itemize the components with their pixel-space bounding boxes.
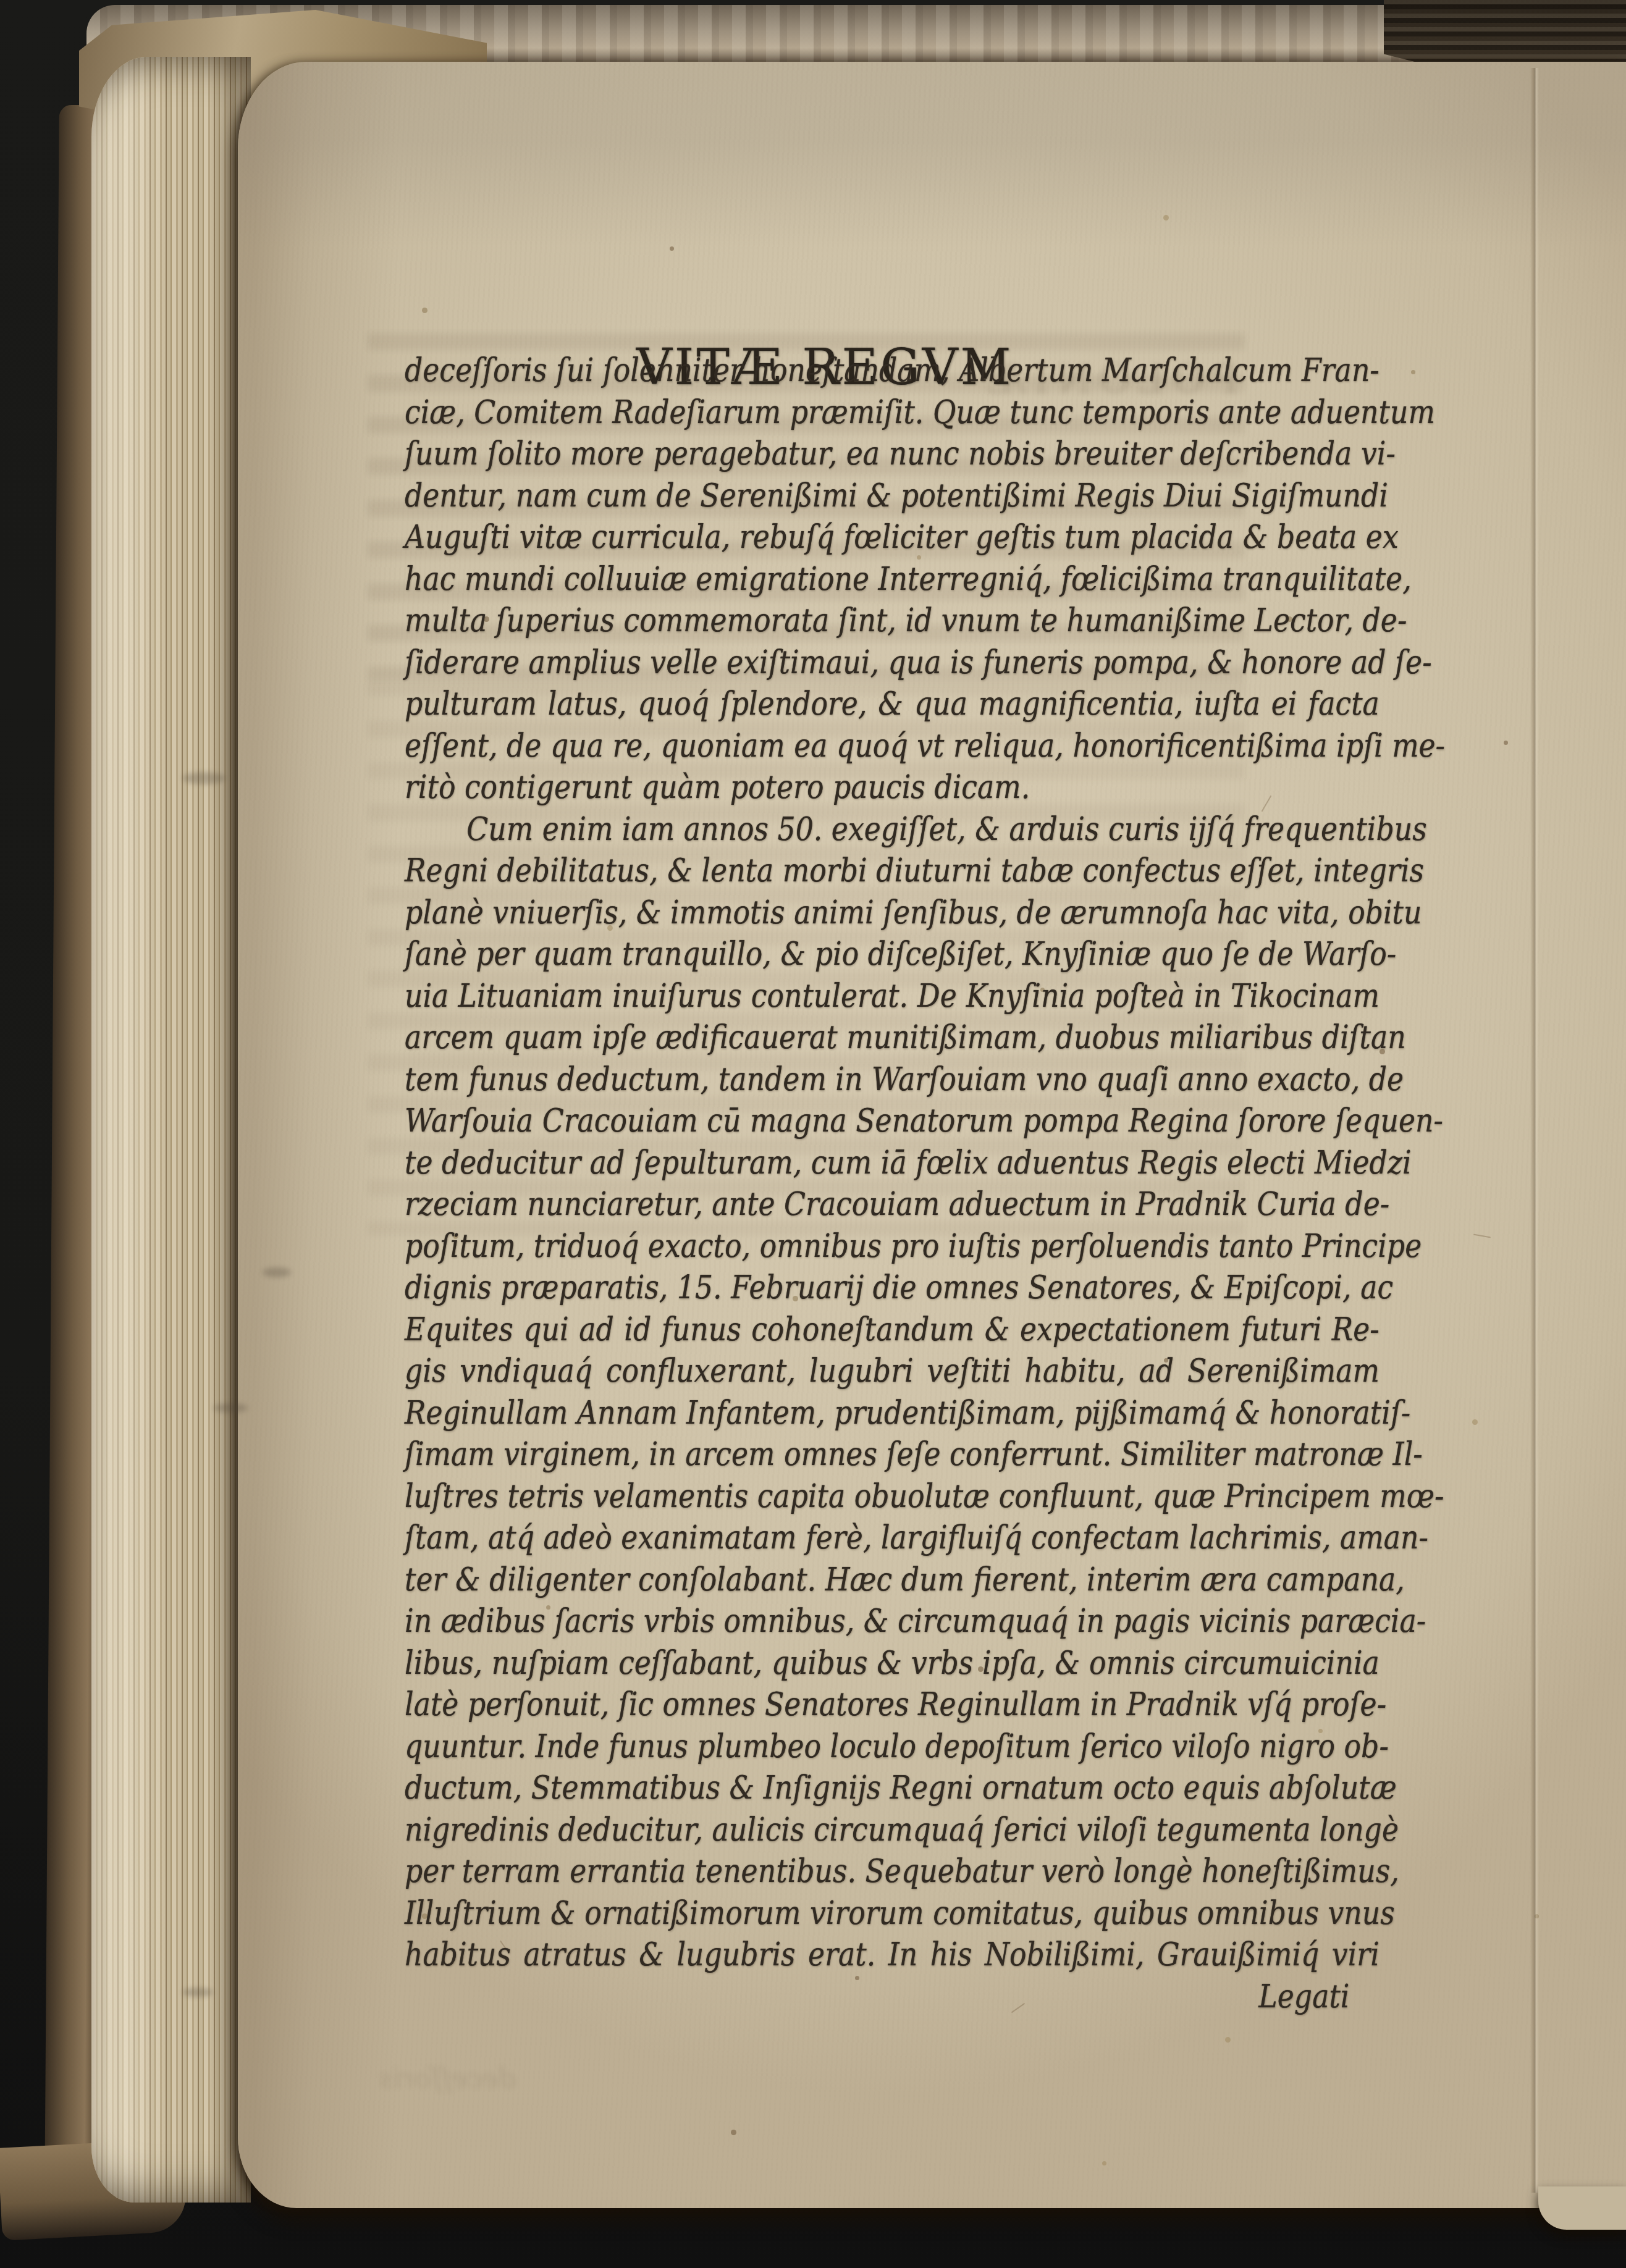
text-line: gis vndiquaq́ confluxerant, lugubri veſt… [405,1351,1380,1393]
text-line: luſtres tetris velamentis capita obuolut… [405,1476,1380,1518]
text-line: ductum, Stemmatibus & Inſignijs Regni or… [405,1768,1380,1810]
text-line: Illuſtrium & ornatißimorum virorum comit… [405,1893,1380,1935]
text-line: poſitum, triduoq́ exacto, omnibus pro iu… [405,1226,1380,1268]
text-line: ter & diligenter conſolabant. Hæc dum fi… [405,1560,1380,1602]
text-line: habitus atratus & lugubris erat. In his … [405,1934,1380,1976]
text-line: rzeciam nunciaretur, ante Cracouiam adue… [405,1184,1380,1226]
text-line: pulturam latus, quoq́ ſplendore, & qua m… [405,684,1380,726]
text-line: Auguſti vitæ curricula, rebuſq́ fœlicite… [405,517,1380,559]
body-text: deceſſoris ſui ſolenniter honeſtandam, A… [405,350,1512,2018]
book-scan: VITÆ REGVM POLONIÆ deceſſoris deceſſoris… [0,0,1626,2268]
text-line: Warſouia Cracouiam cū magna Senatorum po… [405,1101,1380,1143]
text-line: te deducitur ad ſepulturam, cum iā fœlix… [405,1143,1380,1185]
text-line: ciæ, Comitem Radeſiarum præmiſit. Quæ tu… [405,392,1380,434]
text-line: Equites qui ad id funus cohoneſtandum & … [405,1309,1380,1351]
text-line: quuntur. Inde funus plumbeo loculo depoſ… [405,1726,1380,1768]
text-line: Regni debilitatus, & lenta morbi diuturn… [405,850,1380,892]
text-line: Cum enim iam annos 50. exegiſſet, & ardu… [405,809,1380,851]
book-page: VITÆ REGVM POLONIÆ deceſſoris deceſſoris… [238,62,1626,2208]
text-line: nigredinis deducitur, aulicis circumquaq… [405,1810,1380,1852]
text-line: per terram errantia tenentibus. Sequebat… [405,1851,1380,1893]
text-line: ſiderare amplius velle exiſtimaui, qua i… [405,642,1380,684]
text-line: multa ſuperius commemorata ſint, id vnum… [405,600,1380,642]
text-line: Reginullam Annam Infantem, prudentißimam… [405,1393,1380,1435]
paper-speckles [238,62,241,65]
text-line: tem funus deductum, tandem in Warſouiam … [405,1059,1380,1101]
text-line: planè vniuerſis, & immotis animi ſenſibu… [405,892,1380,934]
margin-smudge [182,772,225,784]
text-line: dentur, nam cum de Serenißimi & potentiß… [405,476,1380,518]
fanned-page-edges [91,57,251,2203]
margin-smudge [213,1403,248,1413]
text-line: latè perſonuit, ſic omnes Senatores Regi… [405,1684,1380,1726]
bleedthrough-footer-text: deceſſoris [318,2063,516,2094]
text-line: dignis præparatis, 15. Februarij die omn… [405,1267,1380,1309]
text-line: ſtam, atq́ adeò exanimatam ferè, largifl… [405,1518,1380,1560]
margin-smudge [182,1988,213,1997]
adjacent-leaf-edge [1538,2186,1626,2230]
margin-smudge [263,1267,291,1277]
text-line: uia Lituaniam inuiſurus contulerat. De K… [405,976,1380,1018]
text-line: in ædibus ſacris vrbis omnibus, & circum… [405,1601,1380,1643]
text-line: deceſſoris ſui ſolenniter honeſtandam, A… [405,350,1380,392]
page-crease [1530,68,1539,2193]
text-line: ſimam virginem, in arcem omnes ſeſe conf… [405,1434,1380,1476]
text-line: ſuum ſolito more peragebatur, ea nunc no… [405,434,1380,476]
text-line: eſſent, de qua re, quoniam ea quoq́ vt r… [405,726,1380,768]
text-line: hac mundi colluuiæ emigratione Interregn… [405,559,1380,601]
text-line: arcem quam ipſe ædificauerat munitißimam… [405,1017,1380,1059]
catchword: Legati [405,1976,1380,2018]
text-line: libus, nuſpiam ceſſabant, quibus & vrbs … [405,1643,1380,1685]
text-line: ritò contigerunt quàm potero paucis dica… [405,767,1380,809]
text-line: ſanè per quam tranquillo, & pio diſceßiſ… [405,934,1380,976]
text-lines: deceſſoris ſui ſolenniter honeſtandam, A… [405,350,1512,1976]
